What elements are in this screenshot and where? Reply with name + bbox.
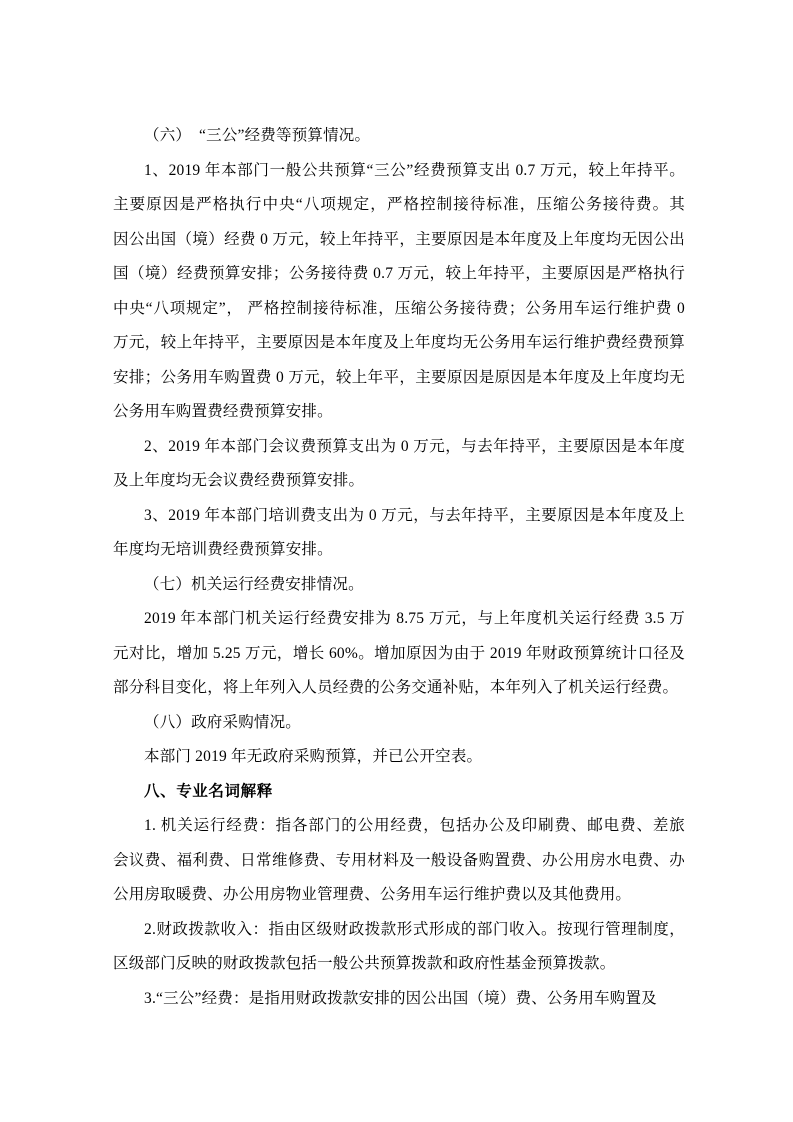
- text-line: 区级部门反映的财政拨款包括一般公共预算拨款和政府性基金预算拨款。: [113, 947, 685, 982]
- text-line: 2.财政拨款收入：指由区级财政拨款形式形成的部门收入。按现行管理制度，: [113, 913, 685, 948]
- sub-heading: （六） “三公”经费等预算情况。: [113, 119, 685, 154]
- text-line: 会议费、福利费、日常维修费、专用材料及一般设备购置费、办公用房水电费、办: [113, 844, 685, 879]
- text-line: 及上年度均无会议费经费预算安排。: [113, 464, 685, 499]
- text-line: （七）机关运行经费安排情况。: [113, 568, 685, 603]
- text-line: 1. 机关运行经费：指各部门的公用经费，包括办公及印刷费、邮电费、差旅费、: [113, 809, 685, 844]
- text-line: （八）政府采购情况。: [113, 706, 685, 741]
- text-line: （六） “三公”经费等预算情况。: [113, 119, 685, 154]
- paragraph: 2019 年本部门机关运行经费安排为 8.75 万元，与上年度机关运行经费 3.…: [113, 602, 685, 706]
- text-line: 公务用车购置费经费预算安排。: [113, 395, 685, 430]
- text-line: 年度均无培训费经费预算安排。: [113, 533, 685, 568]
- text-line: 中央“八项规定”， 严格控制接待标准，压缩公务接待费；公务用车运行维护费 0: [113, 292, 685, 327]
- text-line: 因公出国（境）经费 0 万元，较上年持平，主要原因是本年度及上年度均无因公出: [113, 223, 685, 258]
- paragraph: 1. 机关运行经费：指各部门的公用经费，包括办公及印刷费、邮电费、差旅费、会议费…: [113, 809, 685, 913]
- text-line: 国（境）经费预算安排；公务接待费 0.7 万元，较上年持平，主要原因是严格执行: [113, 257, 685, 292]
- paragraph: 3、2019 年本部门培训费支出为 0 万元，与去年持平，主要原因是本年度及上年…: [113, 499, 685, 568]
- document-page: （六） “三公”经费等预算情况。1、2019 年本部门一般公共预算“三公”经费预…: [113, 119, 685, 1016]
- text-line: 公用房取暖费、办公用房物业管理费、公务用车运行维护费以及其他费用。: [113, 878, 685, 913]
- text-line: 2019 年本部门机关运行经费安排为 8.75 万元，与上年度机关运行经费 3.…: [113, 602, 685, 637]
- text-line: 元对比，增加 5.25 万元，增长 60%。增加原因为由于 2019 年财政预算…: [113, 637, 685, 672]
- sub-heading: （七）机关运行经费安排情况。: [113, 568, 685, 603]
- section-title: 八、专业名词解释: [113, 775, 685, 810]
- text-line: 本部门 2019 年无政府采购预算，并已公开空表。: [113, 740, 685, 775]
- paragraph: 2、2019 年本部门会议费预算支出为 0 万元，与去年持平，主要原因是本年度及…: [113, 430, 685, 499]
- text-line: 3.“三公”经费：是指用财政拨款安排的因公出国（境）费、公务用车购置及: [113, 982, 685, 1017]
- text-line: 1、2019 年本部门一般公共预算“三公”经费预算支出 0.7 万元，较上年持平…: [113, 154, 685, 189]
- paragraph: 1、2019 年本部门一般公共预算“三公”经费预算支出 0.7 万元，较上年持平…: [113, 154, 685, 430]
- paragraph: 本部门 2019 年无政府采购预算，并已公开空表。: [113, 740, 685, 775]
- text-line: 2、2019 年本部门会议费预算支出为 0 万元，与去年持平，主要原因是本年度: [113, 430, 685, 465]
- paragraph: 3.“三公”经费：是指用财政拨款安排的因公出国（境）费、公务用车购置及: [113, 982, 685, 1017]
- sub-heading: （八）政府采购情况。: [113, 706, 685, 741]
- text-line: 3、2019 年本部门培训费支出为 0 万元，与去年持平，主要原因是本年度及上: [113, 499, 685, 534]
- text-line: 八、专业名词解释: [113, 775, 685, 810]
- document-viewport: { "page": { "background_color": "#ffffff…: [0, 0, 793, 1122]
- text-line: 主要原因是严格执行中央“八项规定，严格控制接待标准，压缩公务接待费。其中：: [113, 188, 685, 223]
- text-line: 万元，较上年持平，主要原因是本年度及上年度均无公务用车运行维护费经费预算: [113, 326, 685, 361]
- text-line: 部分科目变化，将上年列入人员经费的公务交通补贴，本年列入了机关运行经费。: [113, 671, 685, 706]
- paragraph: 2.财政拨款收入：指由区级财政拨款形式形成的部门收入。按现行管理制度，区级部门反…: [113, 913, 685, 982]
- text-line: 安排；公务用车购置费 0 万元，较上年平，主要原因是原因是本年度及上年度均无: [113, 361, 685, 396]
